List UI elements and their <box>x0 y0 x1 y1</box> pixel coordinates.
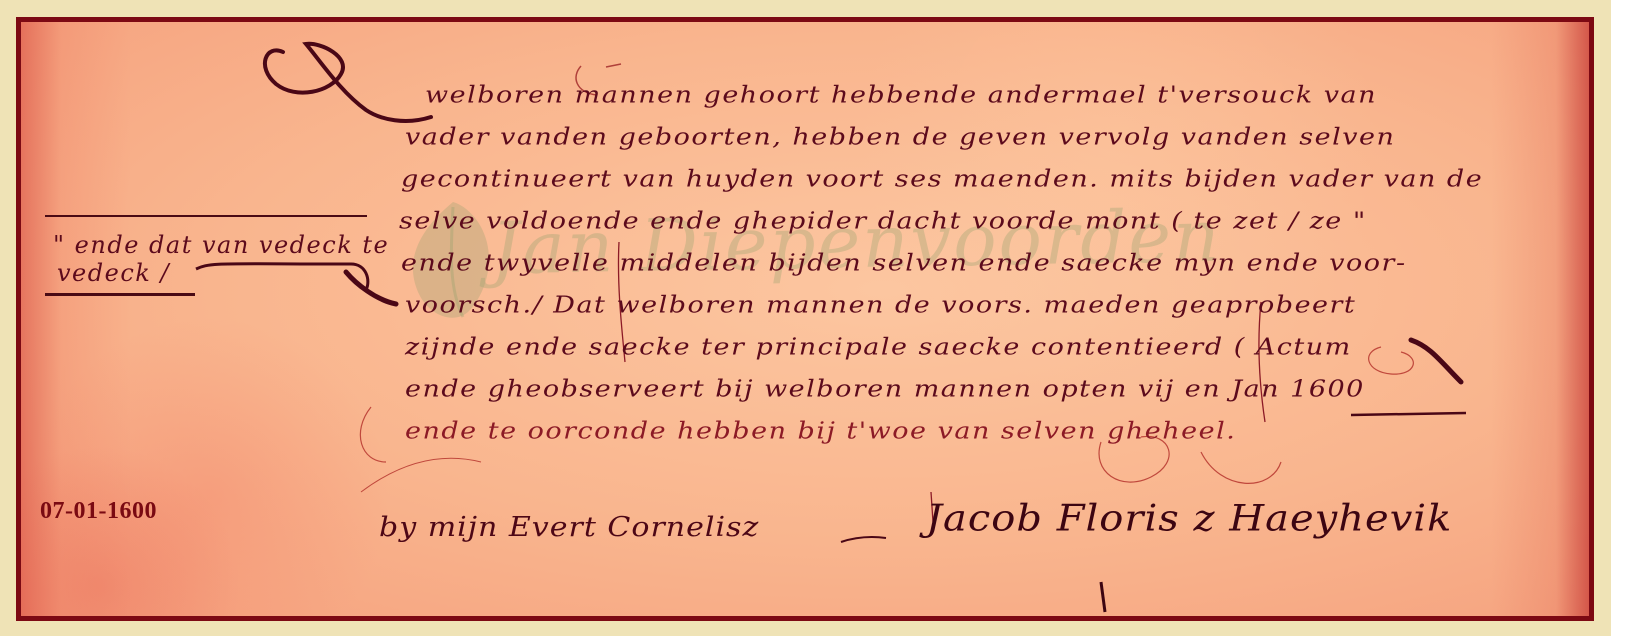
body-line-4: selve voldoende ende ghepider dacht voor… <box>399 210 1367 233</box>
margin-rule-top <box>45 215 367 217</box>
date-label: 07-01-1600 <box>40 498 157 525</box>
margin-note: " ende dat van vedeck te vedeck / <box>35 215 375 295</box>
body-line-9: ende te oorconde hebben bij t'woe van se… <box>405 420 1236 443</box>
signature-2: Jacob Floris z Haeyhevik <box>926 498 1452 539</box>
body-line-8: ende gheobserveert bij welboren mannen o… <box>405 378 1365 401</box>
body-line-1: welboren mannen gehoort hebbende anderma… <box>425 84 1377 107</box>
margin-note-line-1: " ende dat van vedeck te <box>53 231 389 259</box>
body-line-3: gecontinueert van huyden voort ses maend… <box>401 168 1483 191</box>
body-line-2: vader vanden geboorten, hebben de geven … <box>405 126 1395 149</box>
margin-note-line-2: vedeck / <box>57 259 170 287</box>
body-line-7: zijnde ende saecke ter principale saecke… <box>405 336 1352 359</box>
margin-rule-bottom <box>45 293 195 296</box>
body-line-6: voorsch./ Dat welboren mannen de voors. … <box>405 294 1356 317</box>
document-paper: Jan Diepenvoorden <box>21 22 1589 616</box>
signature-1: by mijn Evert Cornelisz <box>379 512 759 544</box>
body-line-5: ende twyvelle middelen bijden selven end… <box>401 252 1407 275</box>
page-background: Jan Diepenvoorden <box>0 0 1611 636</box>
document-frame: Jan Diepenvoorden <box>16 17 1594 621</box>
